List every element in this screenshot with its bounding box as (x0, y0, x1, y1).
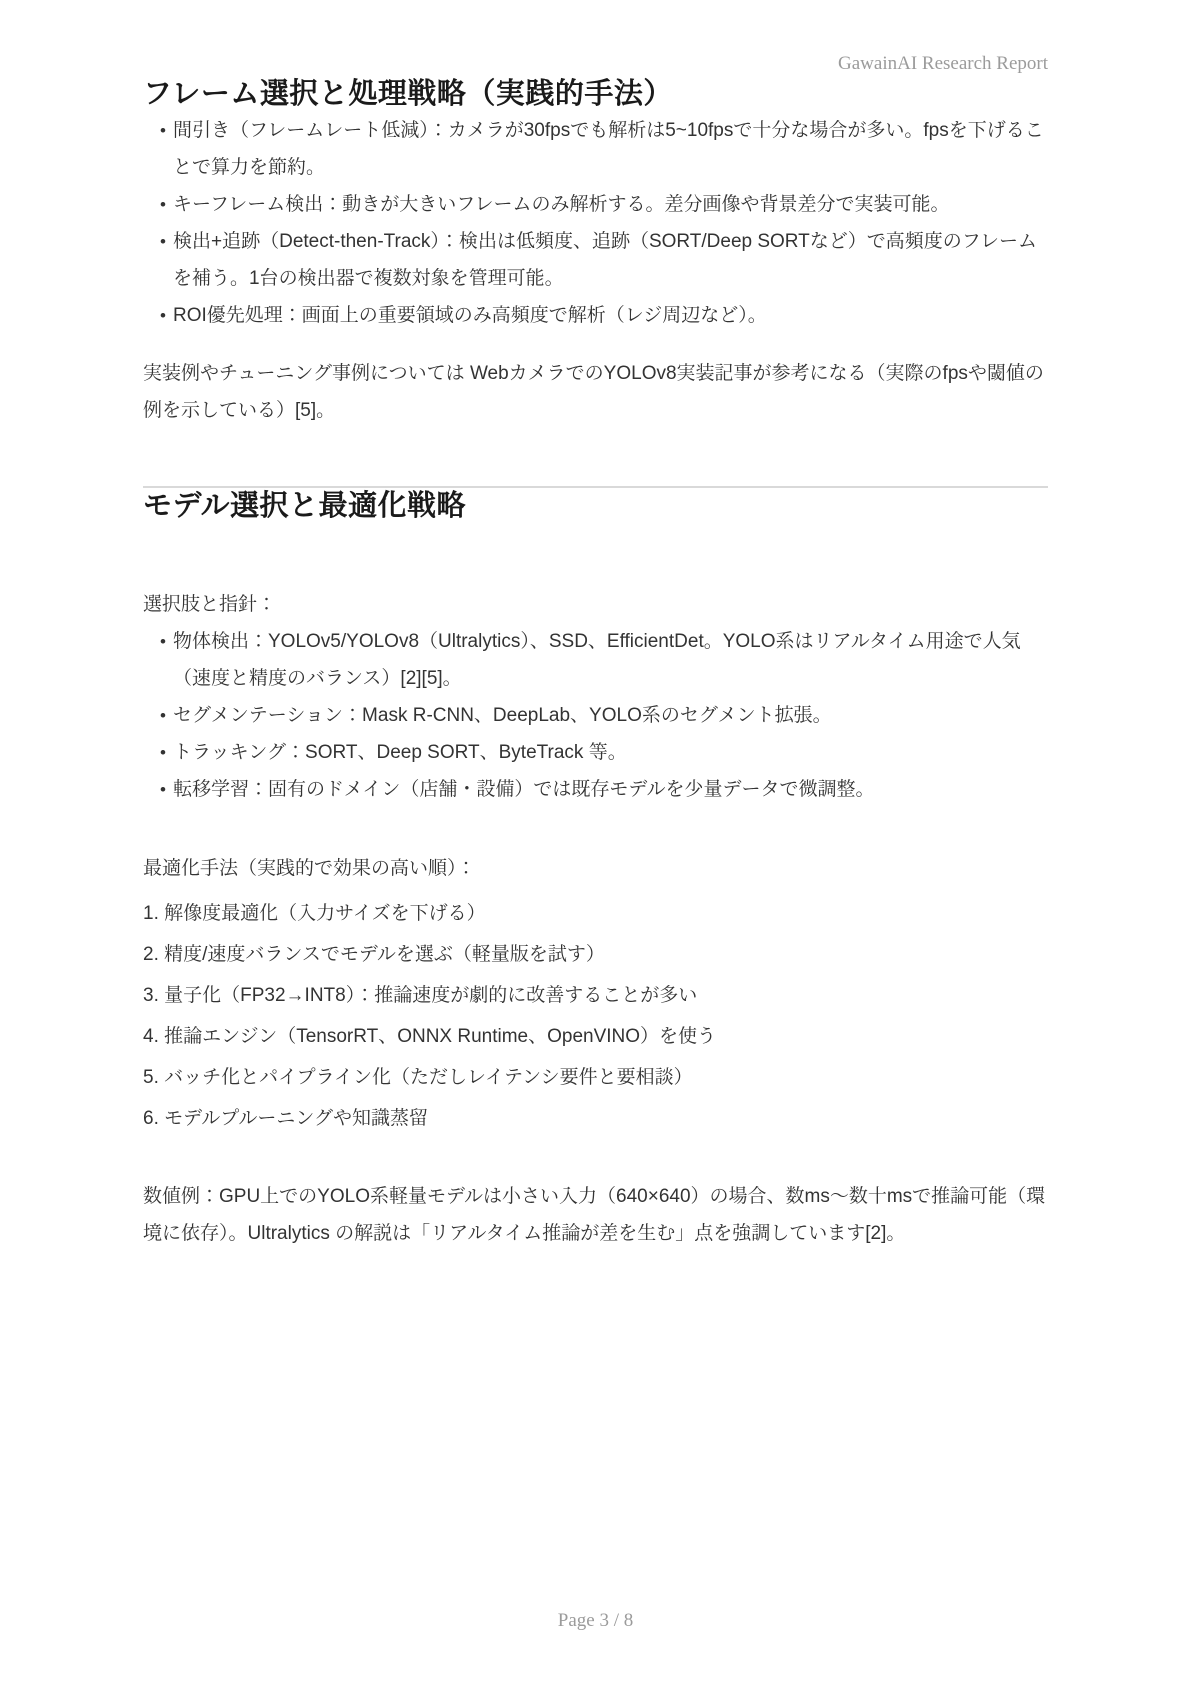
section-title-model-selection: モデル選択と最適化戦略 (143, 488, 1048, 524)
optimization-method-item: モデルプルーニングや知識蒸留 (143, 1100, 1048, 1137)
model-option-bullet: トラッキング：SORT、Deep SORT、ByteTrack 等。 (160, 734, 1048, 771)
frame-strategy-bullet: ROI優先処理：画面上の重要領域のみ高頻度で解析（レジ周辺など）。 (160, 297, 1048, 334)
optimization-methods-label: 最適化手法（実践的で効果の高い順）： (143, 850, 1048, 887)
page-number: Page 3 / 8 (558, 1610, 633, 1631)
model-option-bullet: セグメンテーション：Mask R-CNN、DeepLab、YOLO系のセグメント… (160, 697, 1048, 734)
report-header: GawainAI Research Report (143, 0, 1048, 76)
frame-strategy-bullet-list: 間引き（フレームレート低減）：カメラが30fpsでも解析は5~10fpsで十分な… (143, 112, 1048, 334)
section-title-frame-selection: フレーム選択と処理戦略（実践的手法） (143, 76, 1048, 112)
frame-strategy-bullet: 間引き（フレームレート低減）：カメラが30fpsでも解析は5~10fpsで十分な… (160, 112, 1048, 186)
model-option-bullet: 物体検出：YOLOv5/YOLOv8（Ultralytics）、SSD、Effi… (160, 623, 1048, 697)
report-page: GawainAI Research Report フレーム選択と処理戦略（実践的… (0, 0, 1191, 1684)
optimization-methods-list: 解像度最適化（入力サイズを下げる）精度/速度バランスでモデルを選ぶ（軽量版を試す… (143, 895, 1048, 1137)
frame-strategy-bullet: 検出+追跡（Detect-then-Track）：検出は低頻度、追跡（SORT/… (160, 223, 1048, 297)
implementation-note-paragraph: 実装例やチューニング事例については WebカメラでのYOLOv8実装記事が参考に… (143, 355, 1048, 429)
numeric-example-paragraph: 数値例：GPU上でのYOLO系軽量モデルは小さい入力（640×640）の場合、数… (143, 1178, 1048, 1252)
model-option-bullet: 転移学習：固有のドメイン（店舗・設備）では既存モデルを少量データで微調整。 (160, 771, 1048, 808)
model-options-intro: 選択肢と指針： (143, 586, 1048, 623)
optimization-method-item: 量子化（FP32→INT8）：推論速度が劇的に改善することが多い (143, 977, 1048, 1014)
optimization-method-item: 推論エンジン（TensorRT、ONNX Runtime、OpenVINO）を使… (143, 1018, 1048, 1055)
page-footer: Page 3 / 8 (0, 1610, 1191, 1632)
optimization-method-item: 解像度最適化（入力サイズを下げる） (143, 895, 1048, 932)
model-options-bullet-list: 物体検出：YOLOv5/YOLOv8（Ultralytics）、SSD、Effi… (143, 623, 1048, 808)
optimization-method-item: バッチ化とパイプライン化（ただしレイテンシ要件と要相談） (143, 1059, 1048, 1096)
optimization-method-item: 精度/速度バランスでモデルを選ぶ（軽量版を試す） (143, 936, 1048, 973)
report-header-text: GawainAI Research Report (838, 53, 1048, 74)
frame-strategy-bullet: キーフレーム検出：動きが大きいフレームのみ解析する。差分画像や背景差分で実装可能… (160, 186, 1048, 223)
